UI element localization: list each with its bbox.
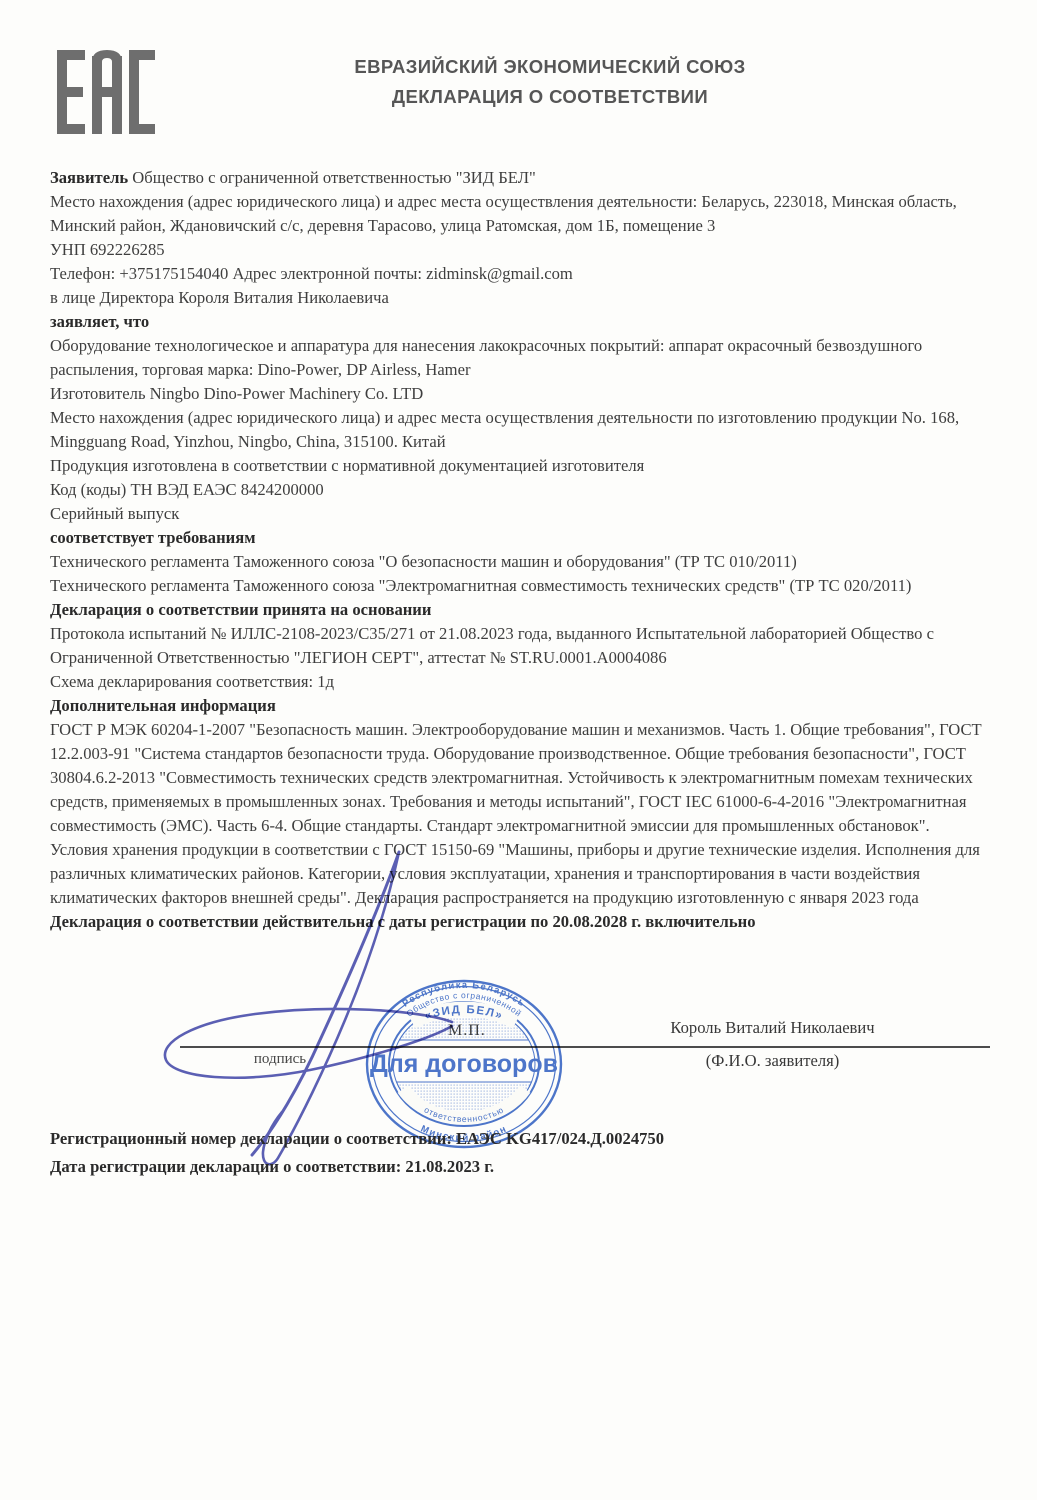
- paragraph-applicant: Заявитель Общество с ограниченной ответс…: [50, 166, 987, 190]
- paragraph-normative-docs: Продукция изготовлена в соответствии с н…: [50, 454, 987, 478]
- paragraph-test-protocol: Протокола испытаний № ИЛЛС-2108-2023/С35…: [50, 622, 987, 670]
- declaration-document: ЕВРАЗИЙСКИЙ ЭКОНОМИЧЕСКИЙ СОЮЗ ДЕКЛАРАЦИ…: [0, 0, 1037, 1500]
- paragraph-tr-ts-010: Технического регламента Таможенного союз…: [50, 550, 987, 574]
- eac-logo-icon: [55, 48, 155, 136]
- paragraph-declares: заявляет, что: [50, 310, 987, 334]
- paragraph-applicant-address: Место нахождения (адрес юридического лиц…: [50, 190, 987, 238]
- header-title-union: ЕВРАЗИЙСКИЙ ЭКОНОМИЧЕСКИЙ СОЮЗ: [240, 52, 860, 82]
- paragraph-represented-by: в лице Директора Короля Виталия Николаев…: [50, 286, 987, 310]
- registration-block: Регистрационный номер декларации о соотв…: [50, 1125, 990, 1181]
- applicant-fio: Король Виталий Николаевич: [555, 1018, 990, 1038]
- paragraph-manufacturer-address: Место нахождения (адрес юридического лиц…: [50, 406, 987, 454]
- registration-number: Регистрационный номер декларации о соотв…: [50, 1125, 990, 1153]
- document-header: ЕВРАЗИЙСКИЙ ЭКОНОМИЧЕСКИЙ СОЮЗ ДЕКЛАРАЦИ…: [240, 52, 860, 112]
- paragraph-adopted-basis: Декларация о соответствии принята на осн…: [50, 598, 987, 622]
- document-body: Заявитель Общество с ограниченной ответс…: [50, 166, 987, 934]
- header-title-declaration: ДЕКЛАРАЦИЯ О СООТВЕТСТВИИ: [240, 82, 860, 112]
- applicant-fio-caption: (Ф.И.О. заявителя): [555, 1051, 990, 1071]
- paragraph-tnved-code: Код (коды) ТН ВЭД ЕАЭС 8424200000: [50, 478, 987, 502]
- registration-date: Дата регистрации декларации о соответств…: [50, 1153, 990, 1181]
- paragraph-serial-release: Серийный выпуск: [50, 502, 987, 526]
- paragraph-declaration-scheme: Схема декларирования соответствия: 1д: [50, 670, 987, 694]
- paragraph-additional-info: Дополнительная информация: [50, 694, 987, 718]
- paragraph-tr-ts-020: Технического регламента Таможенного союз…: [50, 574, 987, 598]
- paragraph-product: Оборудование технологическое и аппаратур…: [50, 334, 987, 382]
- paragraph-phone-email: Телефон: +375175154040 Адрес электронной…: [50, 262, 987, 286]
- paragraph-manufacturer: Изготовитель Ningbo Dino-Power Machinery…: [50, 382, 987, 406]
- paragraph-unp: УНП 692226285: [50, 238, 987, 262]
- paragraph-complies-with: соответствует требованиям: [50, 526, 987, 550]
